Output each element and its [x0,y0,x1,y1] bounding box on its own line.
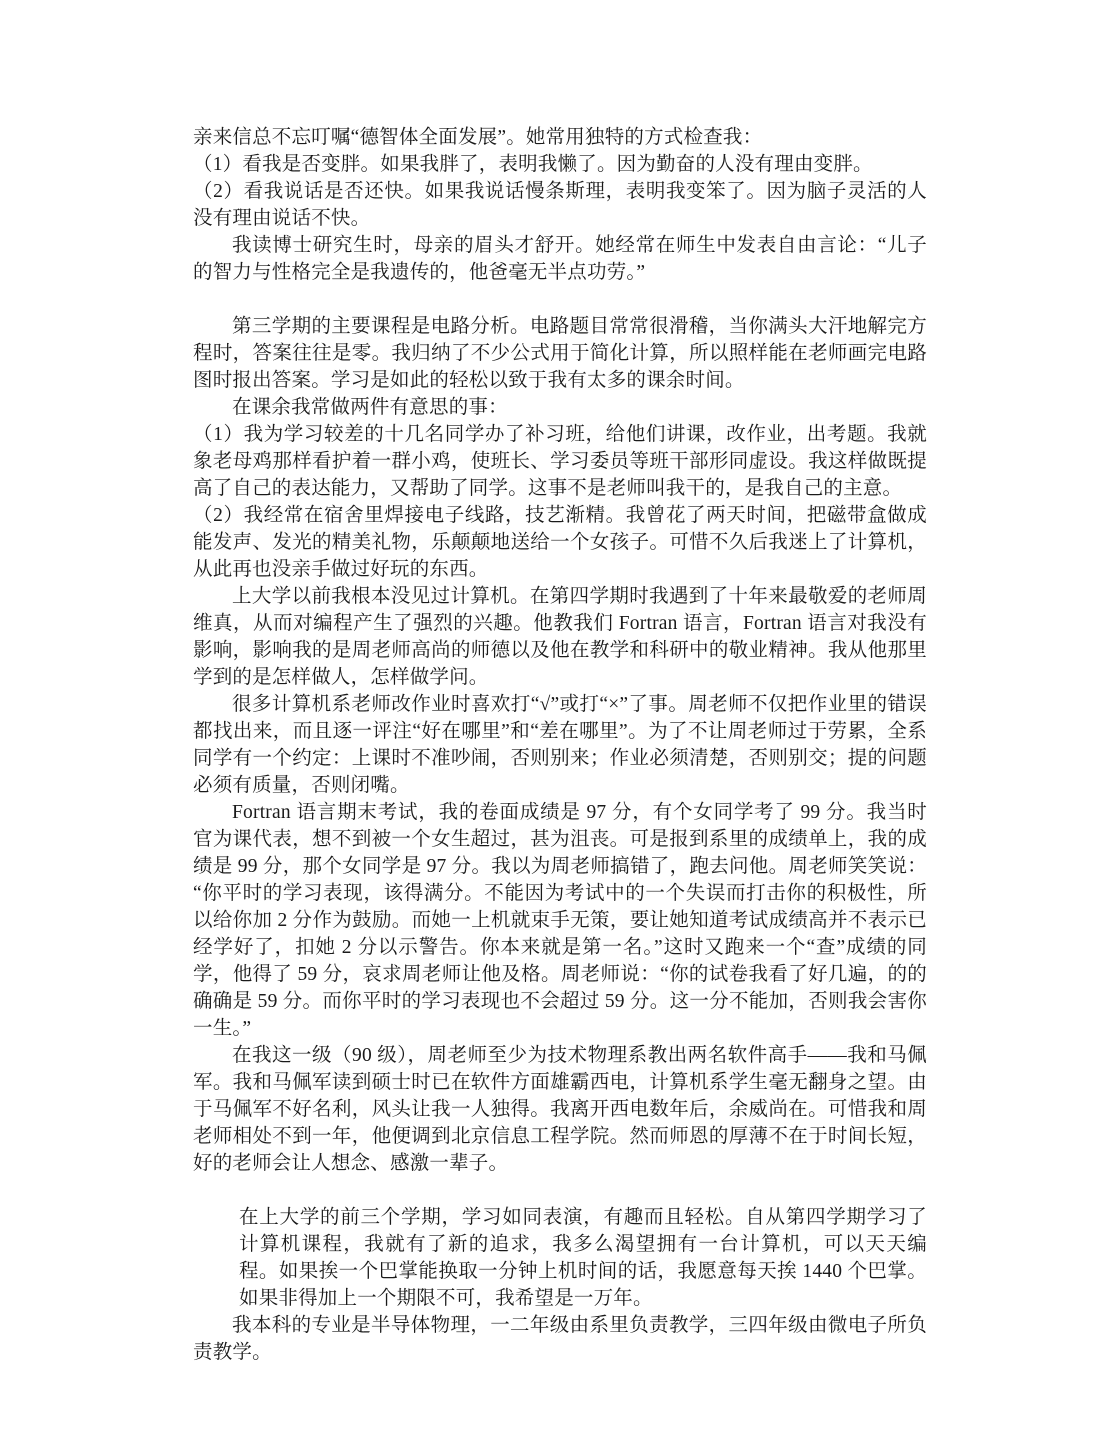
body-paragraph: （2）我经常在宿舍里焊接电子线路，技艺渐精。我曾花了两天时间，把磁带盒做成能发声… [193,502,927,583]
body-paragraph: 很多计算机系老师改作业时喜欢打“√”或打“×”了事。周老师不仅把作业里的错误都找… [193,691,927,799]
body-paragraph: 上大学以前我根本没见过计算机。在第四学期时我遇到了十年来最敬爱的老师周维真，从而… [193,583,927,691]
body-paragraph: （2）看我说话是否还快。如果我说话慢条斯理，表明我变笨了。因为脑子灵活的人没有理… [193,178,927,232]
body-paragraph: 在我这一级（90 级），周老师至少为技术物理系教出两名软件高手——我和马佩军。我… [193,1042,927,1177]
page-text-block: 亲来信总不忘叮嘱“德智体全面发展”。她常用独特的方式检查我： （1）看我是否变胖… [193,124,927,1366]
body-paragraph: （1）我为学习较差的十几名同学办了补习班，给他们讲课，改作业，出考题。我就象老母… [193,421,927,502]
body-paragraph: 亲来信总不忘叮嘱“德智体全面发展”。她常用独特的方式检查我： [193,124,927,151]
document-page: { "doc": { "language": "zh-CN", "backgro… [0,0,1113,1440]
body-paragraph: Fortran 语言期末考试，我的卷面成绩是 97 分，有个女同学考了 99 分… [193,799,927,1042]
body-paragraph: 我本科的专业是半导体物理，一二年级由系里负责教学，三四年级由微电子所负责教学。 [193,1312,927,1366]
body-paragraph: 在课余我常做两件有意思的事： [193,394,927,421]
body-paragraph: 第三学期的主要课程是电路分析。电路题目常常很滑稽，当你满头大汗地解完方程时，答案… [193,313,927,394]
body-paragraph: （1）看我是否变胖。如果我胖了，表明我懒了。因为勤奋的人没有理由变胖。 [193,151,927,178]
indented-quote-paragraph: 在上大学的前三个学期，学习如同表演，有趣而且轻松。自从第四学期学习了计算机课程，… [239,1204,927,1312]
body-paragraph: 我读博士研究生时，母亲的眉头才舒开。她经常在师生中发表自由言论：“儿子的智力与性… [193,232,927,286]
